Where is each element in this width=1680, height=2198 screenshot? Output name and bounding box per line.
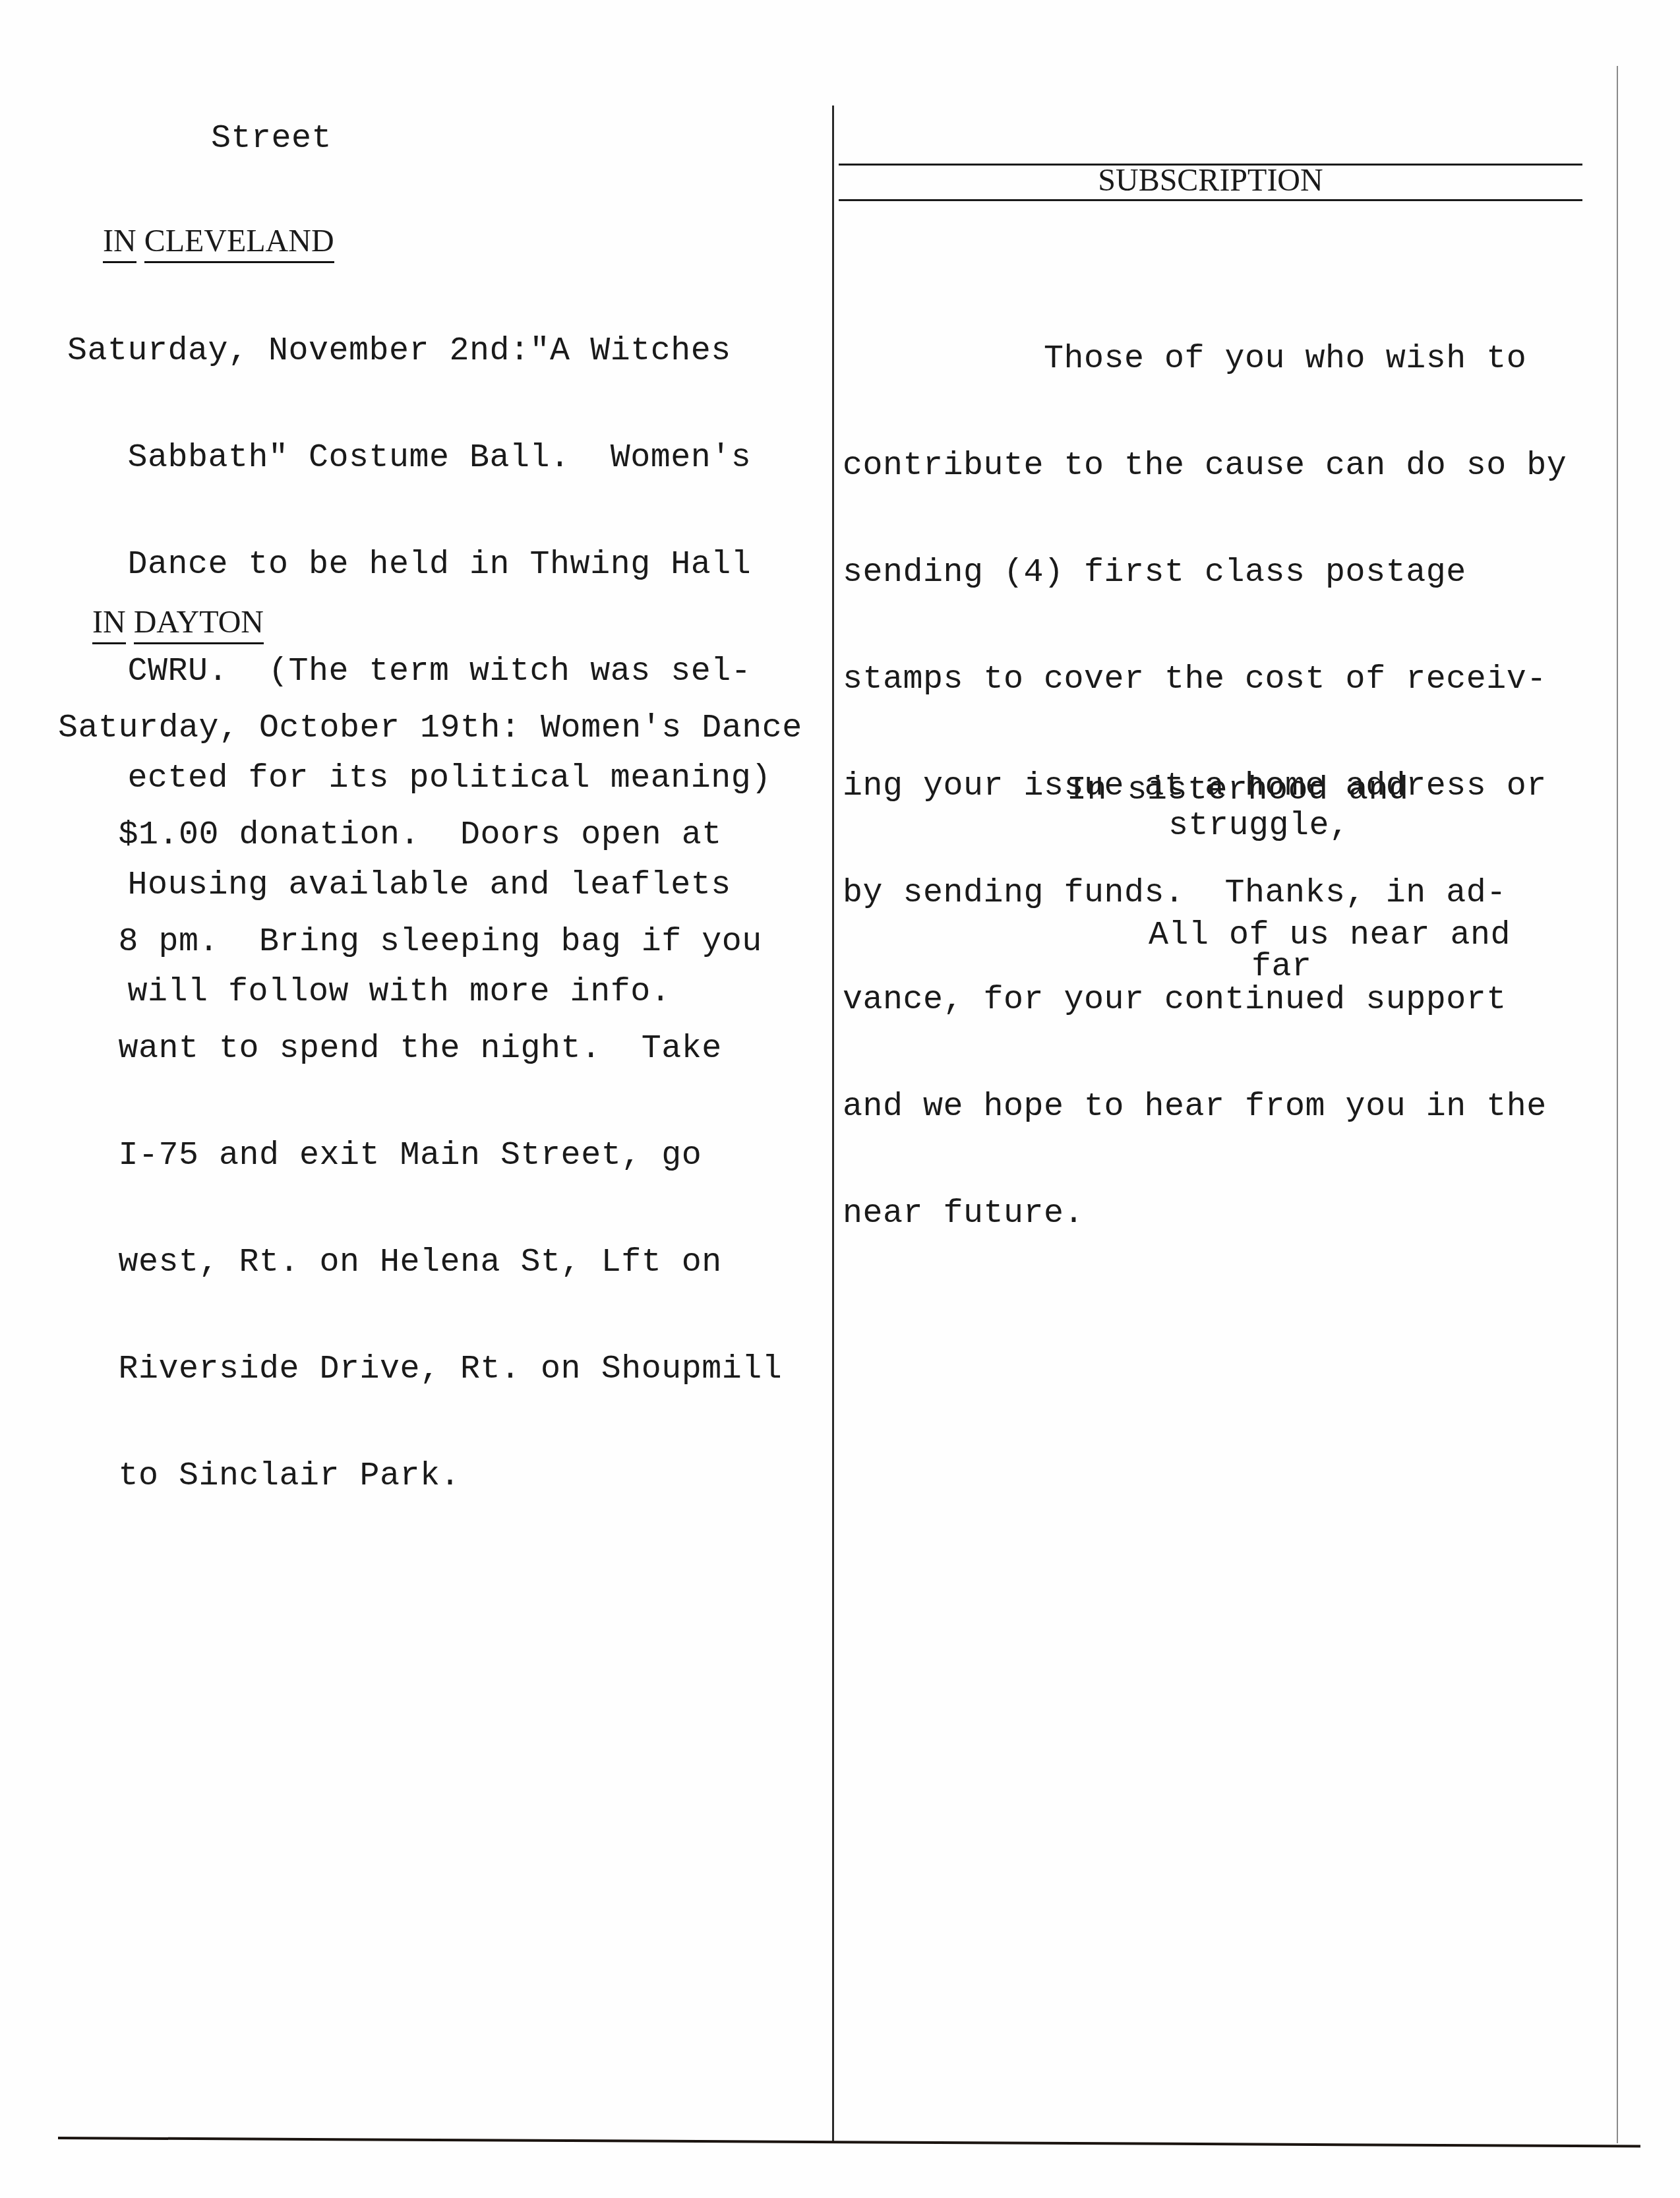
closing-salutation-line2: struggle,: [1168, 809, 1350, 844]
subscription-line: and we hope to hear from you in the: [843, 1089, 1567, 1125]
page-bottom-rule: [58, 2137, 1640, 2148]
dayton-line: want to spend the night. Take: [58, 1031, 802, 1067]
right-page-border: [1617, 66, 1618, 2143]
subscription-bottom-rule: [839, 199, 1582, 201]
newsletter-page: Street IN CLEVELAND Saturday, November 2…: [0, 0, 1680, 2198]
subscription-line: near future.: [843, 1196, 1567, 1232]
closing-salutation-line1: In sisterhood and: [1067, 773, 1409, 809]
dayton-heading-city: DAYTON: [134, 605, 264, 644]
cleveland-heading-prefix: IN: [103, 224, 136, 263]
cleveland-heading-city: CLEVELAND: [144, 224, 334, 263]
closing-signature-line2: far: [1251, 950, 1312, 985]
dayton-heading-prefix: IN: [92, 605, 126, 644]
closing-signature-line1: All of us near and: [1149, 918, 1511, 954]
subscription-line: vance, for your continued support: [843, 983, 1567, 1018]
dayton-line: $1.00 donation. Doors open at: [58, 818, 802, 853]
dayton-event-text: Saturday, October 19th: Women's Dance $1…: [58, 640, 802, 1566]
dayton-line: to Sinclair Park.: [58, 1459, 802, 1494]
dayton-line: I-75 and exit Main Street, go: [58, 1138, 802, 1174]
cleveland-line: Sabbath" Costume Ball. Women's: [67, 441, 771, 476]
subscription-line: stamps to cover the cost of receiv-: [843, 662, 1567, 698]
dayton-line: Riverside Drive, Rt. on Shoupmill: [58, 1352, 802, 1388]
cleveland-line: Saturday, November 2nd:"A Witches: [67, 334, 771, 369]
dayton-line: west, Rt. on Helena St, Lft on: [58, 1245, 802, 1281]
subscription-line: sending (4) first class postage: [843, 555, 1567, 591]
street-fragment: Street: [211, 121, 332, 157]
column-divider: [832, 106, 834, 2143]
subscription-title: SUBSCRIPTION: [839, 162, 1582, 199]
subscription-line: Those of you who wish to: [843, 342, 1567, 377]
dayton-line: 8 pm. Bring sleeping bag if you: [58, 925, 802, 960]
subscription-line: by sending funds. Thanks, in ad-: [843, 876, 1567, 911]
subscription-line: contribute to the cause can do so by: [843, 448, 1567, 484]
dayton-line: Saturday, October 19th: Women's Dance: [58, 711, 802, 747]
